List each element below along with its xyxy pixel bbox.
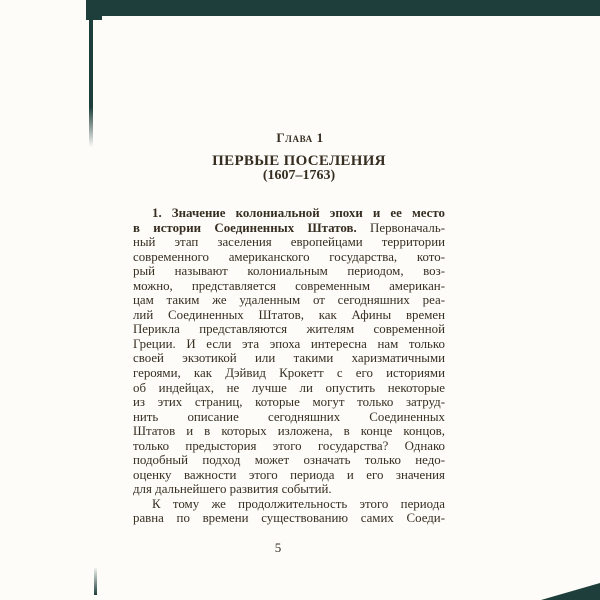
text-line: можно, представляется современным америк… (133, 279, 445, 294)
text-line: Перикла представляются жителям современн… (133, 322, 445, 337)
text-line: подобный подход может означать только не… (133, 453, 445, 468)
page-text-column: Глава 1 ПЕРВЫЕ ПОСЕЛЕНИЯ (1607–1763) 1. … (133, 0, 445, 600)
text-line: рый называют колониальным периодом, воз- (133, 264, 445, 279)
text-line: 1. Значение колониальной эпохи и ее мест… (133, 206, 445, 221)
text-line: ный этап заселения европейцами территори… (133, 235, 445, 250)
text-line: только предыстория этого государства? Од… (133, 439, 445, 454)
page-body: 1. Значение колониальной эпохи и ее мест… (133, 206, 445, 526)
chapter-label: Глава 1 (144, 130, 456, 146)
text-line: оценку важности этого периода и его знач… (133, 468, 445, 483)
text-line: нить описание сегодняшних Соединенных (133, 410, 445, 425)
page-number: 5 (122, 540, 434, 556)
text-line: из этих страниц, которые могут только за… (133, 395, 445, 410)
text-line: лий Соединенных Штатов, как Афины времен (133, 308, 445, 323)
text-line: героями, как Дэйвид Крокетт с его истори… (133, 366, 445, 381)
book-cover-edge-bottom-left (94, 568, 97, 595)
text-line: своей экзотикой или такими харизматичным… (133, 351, 445, 366)
text-line: Штатов и в которых изложена, в конце кон… (133, 424, 445, 439)
text-line: об индейцах, не лучше ли опустить некото… (133, 381, 445, 396)
text-line: Греции. И если эта эпоха интересна нам т… (133, 337, 445, 352)
text-line: в истории Соединенных Штатов. Первоначал… (133, 221, 445, 236)
text-line: равна по времени существованию самих Сое… (133, 511, 445, 526)
book-page-scan: Глава 1 ПЕРВЫЕ ПОСЕЛЕНИЯ (1607–1763) 1. … (0, 0, 600, 600)
chapter-years: (1607–1763) (143, 168, 455, 184)
text-line-rest: Первоначаль- (370, 221, 445, 235)
text-line: для дальнейшего развития событий. (133, 482, 445, 497)
text-line: К тому же продолжительность этого период… (133, 497, 445, 512)
lead-sentence-bold: в истории Соединенных Штатов. (133, 221, 357, 235)
book-cover-edge-bottom-right (541, 583, 600, 600)
text-line: современного американского государства, … (133, 250, 445, 265)
book-cover-edge-left (89, 14, 93, 147)
text-line: цам таким же удаленным от сегодняшних ре… (133, 293, 445, 308)
